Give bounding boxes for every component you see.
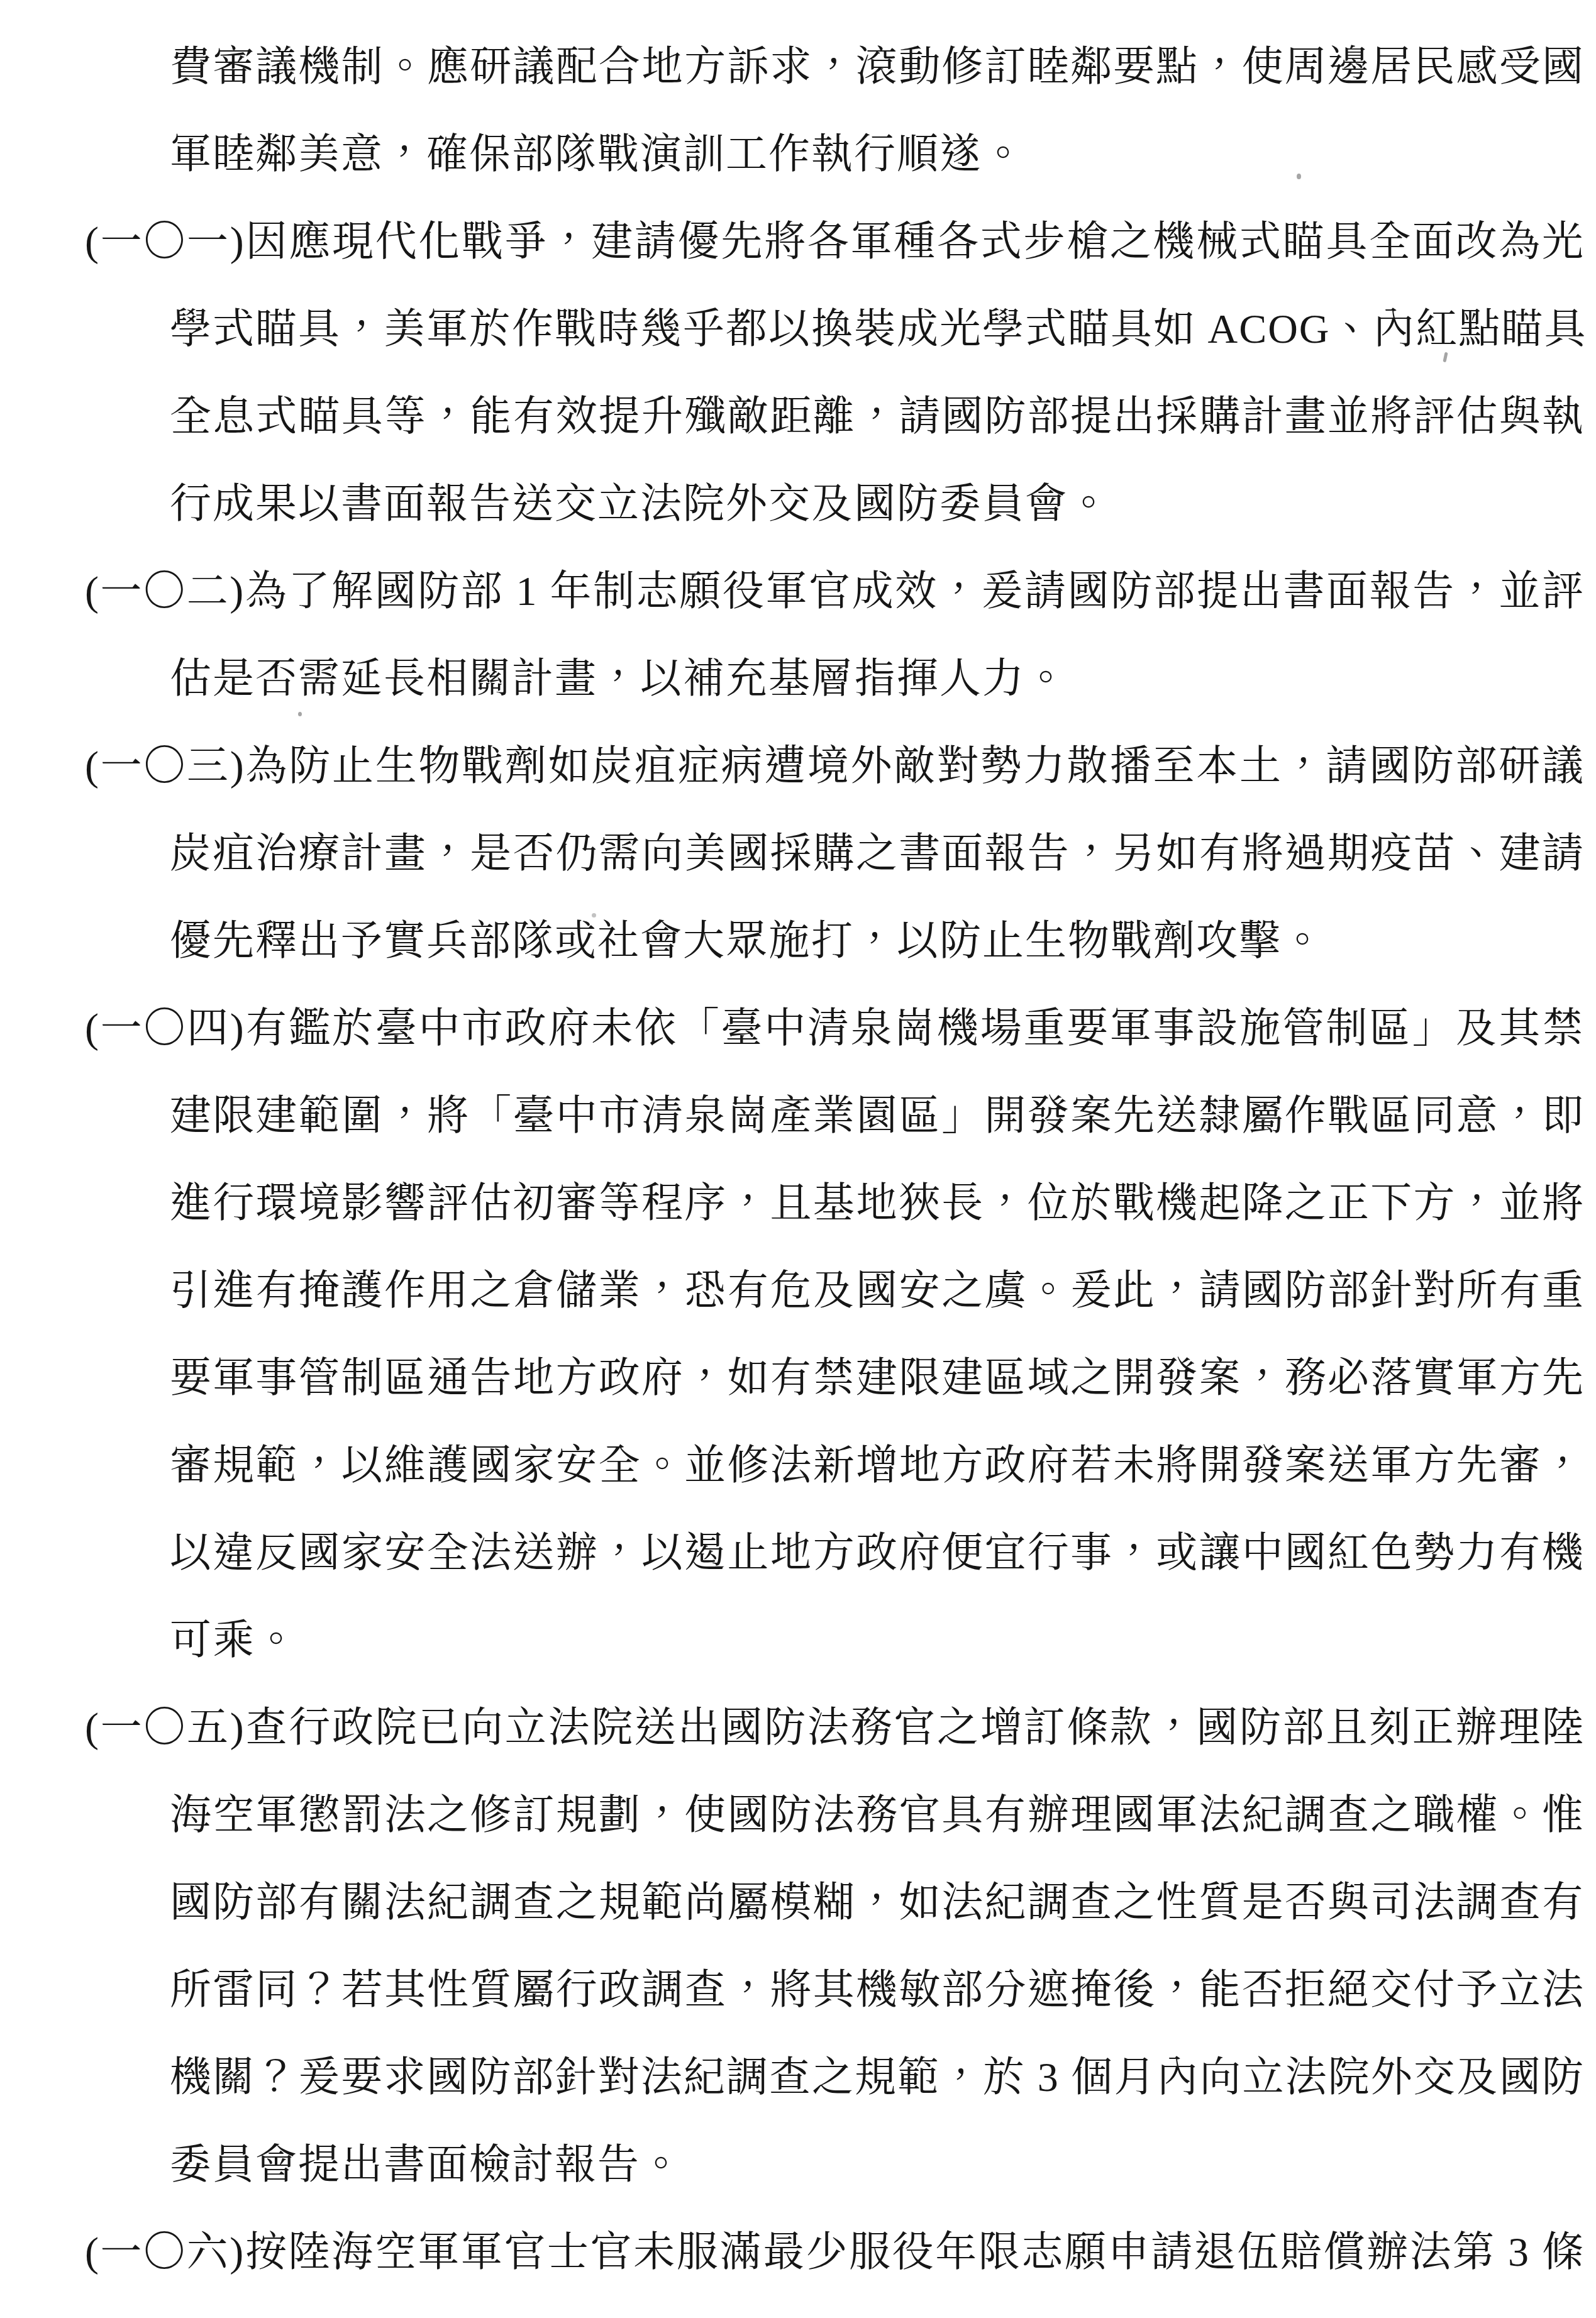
line-text: 為了解國防部 1 年制志願役軍官成效，爰請國防部提出書面報告，並評 (245, 568, 1585, 614)
text-line: 以違反國家安全法送辦，以遏止地方政府便宜行事，或讓中國紅色勢力有機 (170, 1509, 1585, 1597)
text-line: 軍睦鄰美意，確保部隊戰演訓工作執行順遂。 (170, 111, 1585, 198)
text-line: 費審議機制。應研議配合地方訴求，滾動修訂睦鄰要點，使周邊居民感受國 (170, 23, 1585, 111)
item-102: (一〇二)為了解國防部 1 年制志願役軍官成效，爰請國防部提出書面報告，並評 估… (0, 548, 1596, 723)
text-line: 行成果以書面報告送交立法院外交及國防委員會。 (170, 460, 1585, 548)
item-number: (一〇二) (85, 568, 245, 614)
item-number: (一〇四) (85, 1006, 245, 1051)
item-104: (一〇四)有鑑於臺中市政府未依「臺中清泉崗機場重要軍事設施管制區」及其禁 建限建… (0, 985, 1596, 1684)
line-text: 有鑑於臺中市政府未依「臺中清泉崗機場重要軍事設施管制區」及其禁 (245, 1006, 1585, 1051)
text-line: 所雷同？若其性質屬行政調查，將其機敏部分遮掩後，能否拒絕交付予立法 (170, 1946, 1585, 2034)
text-line: 可乘。 (170, 1597, 1585, 1684)
item-number: (一〇五) (85, 1705, 245, 1751)
document-page: 費審議機制。應研議配合地方訴求，滾動修訂睦鄰要點，使周邊居民感受國 軍睦鄰美意，… (0, 0, 1596, 2318)
text-line: (一〇四)有鑑於臺中市政府未依「臺中清泉崗機場重要軍事設施管制區」及其禁 (85, 985, 1585, 1072)
item-number: (一〇一) (85, 219, 245, 265)
item-106: (一〇六)按陸海空軍軍官士官未服滿最少服役年限志願申請退伍賠償辦法第 3 條 (0, 2209, 1596, 2296)
line-text: 按陸海空軍軍官士官未服滿最少服役年限志願申請退伍賠償辦法第 3 條 (245, 2229, 1585, 2275)
line-text: 為防止生物戰劑如炭疽症病遭境外敵對勢力散播至本土，請國防部研議 (245, 743, 1585, 789)
text-line: 審規範，以維護國家安全。並修法新增地方政府若未將開發案送軍方先審， (170, 1422, 1585, 1509)
text-line: 全息式瞄具等，能有效提升殲敵距離，請國防部提出採購計畫並將評估與執 (170, 373, 1585, 460)
text-line: 海空軍懲罰法之修訂規劃，使國防法務官具有辦理國軍法紀調查之職權。惟 (170, 1772, 1585, 1859)
text-line: 優先釋出予實兵部隊或社會大眾施打，以防止生物戰劑攻擊。 (170, 897, 1585, 985)
text-line: 要軍事管制區通告地方政府，如有禁建限建區域之開發案，務必落實軍方先 (170, 1334, 1585, 1422)
document-text-block: 費審議機制。應研議配合地方訴求，滾動修訂睦鄰要點，使周邊居民感受國 軍睦鄰美意，… (0, 23, 1596, 2296)
line-text: 因應現代化戰爭，建請優先將各軍種各式步槍之機械式瞄具全面改為光 (245, 219, 1585, 265)
text-line: 委員會提出書面檢討報告。 (170, 2121, 1585, 2209)
text-line: 引進有掩護作用之倉儲業，恐有危及國安之虞。爰此，請國防部針對所有重 (170, 1247, 1585, 1334)
text-line: (一〇三)為防止生物戰劑如炭疽症病遭境外敵對勢力散播至本土，請國防部研議 (85, 723, 1585, 810)
item-103: (一〇三)為防止生物戰劑如炭疽症病遭境外敵對勢力散播至本土，請國防部研議 炭疽治… (0, 723, 1596, 985)
item-number: (一〇六) (85, 2229, 245, 2275)
text-line: 學式瞄具，美軍於作戰時幾乎都以換裝成光學式瞄具如 ACOG、內紅點瞄具、 (170, 286, 1585, 373)
text-line: 機關？爰要求國防部針對法紀調查之規範，於 3 個月內向立法院外交及國防 (170, 2034, 1585, 2121)
text-line: 估是否需延長相關計畫，以補充基層指揮人力。 (170, 635, 1585, 723)
text-line: 國防部有關法紀調查之規範尚屬模糊，如法紀調查之性質是否與司法調查有 (170, 1859, 1585, 1946)
item-105: (一〇五)查行政院已向立法院送出國防法務官之增訂條款，國防部且刻正辦理陸 海空軍… (0, 1684, 1596, 2209)
text-line: (一〇一)因應現代化戰爭，建請優先將各軍種各式步槍之機械式瞄具全面改為光 (85, 198, 1585, 286)
item-number: (一〇三) (85, 743, 245, 789)
scan-speck (298, 712, 302, 716)
continued-paragraph: 費審議機制。應研議配合地方訴求，滾動修訂睦鄰要點，使周邊居民感受國 軍睦鄰美意，… (0, 23, 1596, 198)
text-line: (一〇五)查行政院已向立法院送出國防法務官之增訂條款，國防部且刻正辦理陸 (85, 1684, 1585, 1772)
text-line: (一〇二)為了解國防部 1 年制志願役軍官成效，爰請國防部提出書面報告，並評 (85, 548, 1585, 635)
scan-speck (1297, 174, 1301, 179)
item-101: (一〇一)因應現代化戰爭，建請優先將各軍種各式步槍之機械式瞄具全面改為光 學式瞄… (0, 198, 1596, 548)
scan-speck (592, 913, 596, 918)
text-line: 建限建範圍，將「臺中市清泉崗產業園區」開發案先送隸屬作戰區同意，即 (170, 1072, 1585, 1160)
text-line: 進行環境影響評估初審等程序，且基地狹長，位於戰機起降之正下方，並將 (170, 1160, 1585, 1247)
line-text: 查行政院已向立法院送出國防法務官之增訂條款，國防部且刻正辦理陸 (245, 1705, 1585, 1751)
text-line: (一〇六)按陸海空軍軍官士官未服滿最少服役年限志願申請退伍賠償辦法第 3 條 (85, 2209, 1585, 2296)
text-line: 炭疽治療計畫，是否仍需向美國採購之書面報告，另如有將過期疫苗、建請 (170, 810, 1585, 897)
